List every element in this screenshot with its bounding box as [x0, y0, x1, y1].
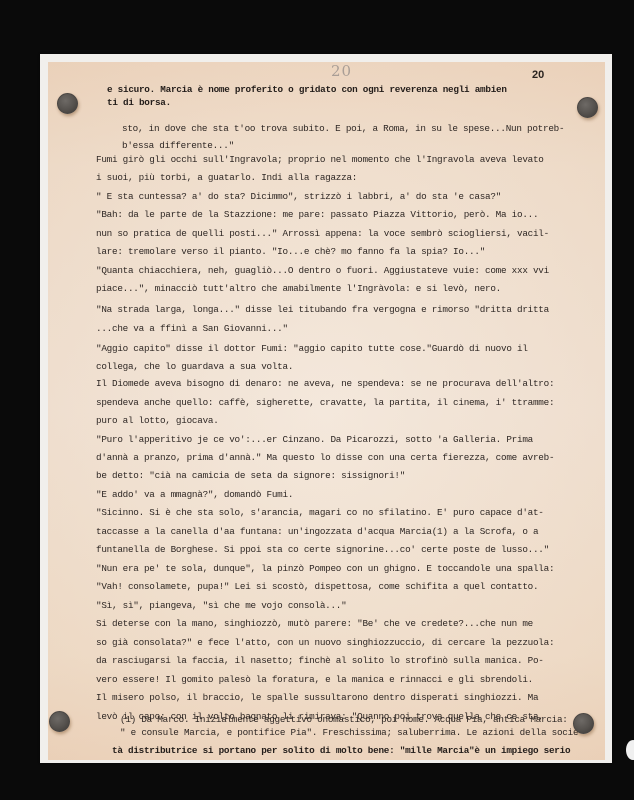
body-line: i suoi, più torbi, a guatarlo. Indi alla…	[96, 172, 357, 183]
footnote-line: tà distributrice si portano per solito d…	[112, 745, 570, 756]
body-line: nun so pratica de quelli posti..." Arros…	[96, 228, 549, 239]
magnet-bottom-left	[49, 711, 70, 732]
body-line: d'annà a pranzo, prima d'annà." Ma quest…	[96, 452, 554, 463]
footnote-line: " e consule Marcia, e pontifice Pia". Fr…	[120, 727, 578, 738]
body-line: "E addo' va a mmagnà?", domandò Fumi.	[96, 489, 293, 500]
body-line: "Quanta chiacchiera, neh, guagliò...O de…	[96, 265, 549, 276]
body-line: "Sicinno. Si è che sta solo, s'arancia, …	[96, 507, 544, 518]
body-line: "Na strada larga, longa..." disse lei ti…	[96, 304, 549, 315]
body-line: taccasse a la canella d'aa funtana: un'i…	[96, 526, 538, 537]
edge-marker-icon	[626, 740, 634, 760]
typewritten-page: 20 20 e sicuro. Marcia è nome proferito …	[48, 62, 605, 760]
body-line: Fumi girò gli occhi sull'Ingravola; prop…	[96, 154, 544, 165]
body-line: Si deterse con la mano, singhiozzò, mutò…	[96, 618, 533, 629]
typed-page-number: 20	[532, 69, 544, 81]
magnet-top-left	[57, 93, 78, 114]
body-line: "Sì, sì", piangeva, "sì che me vojo cons…	[96, 600, 346, 611]
handwritten-page-number: 20	[331, 62, 352, 80]
body-line: " E sta cuntessa? a' do sta? Dicimmo", s…	[96, 191, 501, 202]
header-line: e sicuro. Marcia è nome proferito o grid…	[107, 84, 507, 95]
body-line: puro al lotto, giocava.	[96, 415, 219, 426]
body-line: "Puro l'apperitivo je ce vo':...er Cinza…	[96, 434, 533, 445]
body-line: be detto: "cià na camicia de seta da sig…	[96, 470, 405, 481]
photo-stage: 20 20 e sicuro. Marcia è nome proferito …	[0, 0, 634, 800]
body-line: "Nun era pe' te sola, dunque", la pinzò …	[96, 563, 554, 574]
magnet-top-right	[577, 97, 598, 118]
body-line: da rasciugarsi la faccia, il nasetto; fi…	[96, 655, 544, 666]
footnote-line: (1) Da Marco. Inizialmente aggettivo ono…	[120, 714, 568, 725]
body-line: "Bah: da le parte de la Stazzione: me pa…	[96, 209, 538, 220]
footnote-block-continued: tà distributrice si portano per solito d…	[112, 745, 144, 760]
body-line: funtanella de Borghese. Si ppoi sta co c…	[96, 544, 549, 555]
body-line: Il misero polso, il braccio, le spalle s…	[96, 692, 538, 703]
body-line: Il Diomede aveva bisogno di denaro: ne a…	[96, 378, 554, 389]
body-line: collega, che lo guardava a sua volta.	[96, 361, 293, 372]
body-line: "Vah! consolamete, pupa!" Lei si scostò,…	[96, 581, 538, 592]
magnet-bottom-right	[573, 713, 594, 734]
body-line: "Aggio capito" disse il dottor Fumi: "ag…	[96, 343, 528, 354]
body-line: lare: tremolare verso il pianto. "Io...e…	[96, 246, 485, 257]
header-line: ti di borsa.	[107, 97, 171, 108]
body-line: b'essa differente..."	[122, 140, 234, 151]
body-line: so già consolata?" e fece l'atto, con un…	[96, 637, 554, 648]
header-block: e sicuro. Marcia è nome proferito o grid…	[107, 84, 139, 128]
body-line: sto, in dove che sta t'oo trova subito. …	[122, 123, 564, 134]
body-line: piace...", minacciò tutt'altro che amabi…	[96, 283, 501, 294]
body-line: vero essere! Il gomito palesò la foratur…	[96, 674, 533, 685]
body-text-continued: Fumi girò gli occhi sull'Ingravola; prop…	[96, 154, 128, 517]
body-line: ...che va a ffinì a San Giovanni..."	[96, 323, 288, 334]
body-line: spendeva anche quello: caffè, sigherette…	[96, 397, 554, 408]
